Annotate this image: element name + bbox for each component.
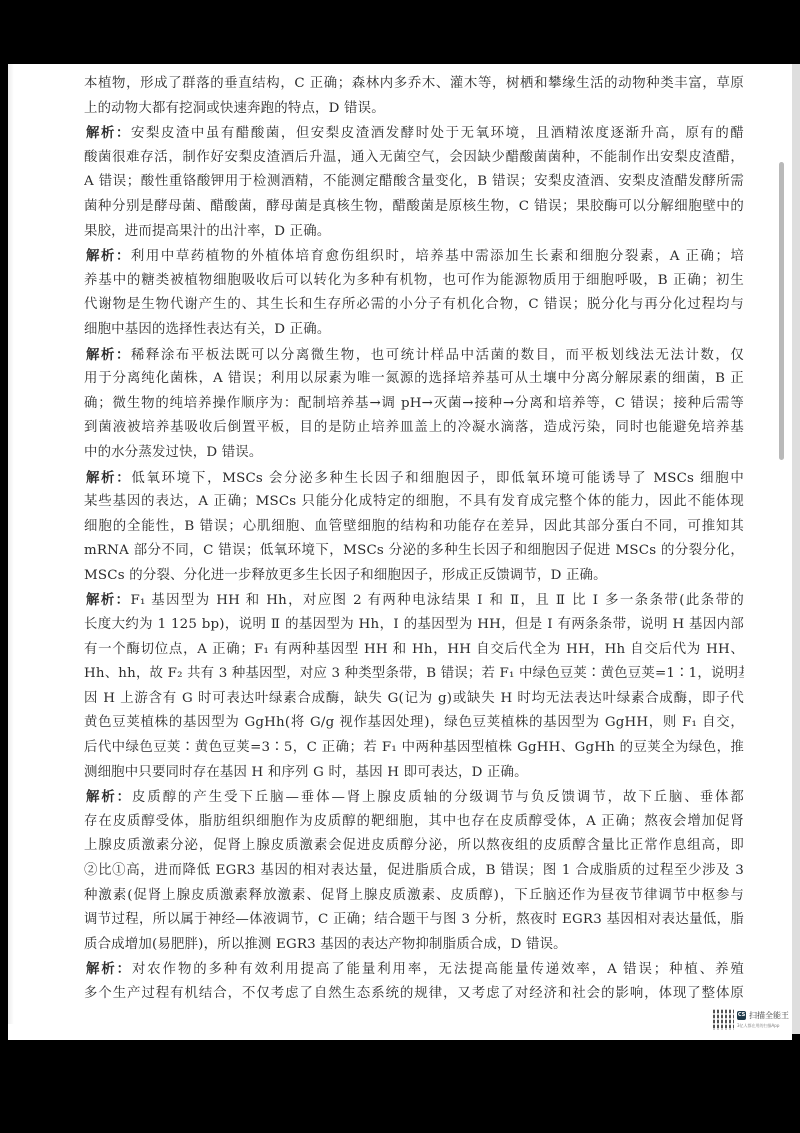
text-line: 多个生产过程有机结合，不仅考虑了自然生态系统的规律，又考虑了对经济和社会的影响，…	[84, 982, 744, 1007]
answer-item-11: 11. D解析：安梨皮渣中虽有醋酸菌，但安梨皮渣酒发酵时处于无氧环境，且酒精浓度…	[84, 121, 744, 244]
text-line: 果胶，进而提高果汁的出汁率，D 正确。	[84, 220, 744, 245]
text-line: 存在皮质醇受体，脂肪组织细胞作为皮质醇的靶细胞，其中也存在皮质醇受体，A 正确；…	[84, 810, 744, 835]
text-line: 16. AC解析：皮质醇的产生受下丘脑—垂体—肾上腺皮质轴的分级调节与负反馈调节…	[84, 785, 744, 810]
text-line: 有一个酶切位点，A 正确；F₁ 有两种基因型 HH 和 Hh，HH 自交后代全为…	[84, 638, 744, 663]
answer-item-14: 14. AD解析：低氧环境下，MSCs 会分泌多种生长因子和细胞因子，即低氧环境…	[84, 466, 744, 589]
text-line: 上的动物大都有挖洞或快速奔跑的特点，D 错误。	[84, 97, 744, 122]
text-line: 质合成增加(易肥胖)，所以推测 EGR3 基因的表达产物抑制脂质合成，D 错误。	[84, 933, 744, 958]
text-line: Hh、hh，故 F₂ 共有 3 种基因型，对应 3 种类型条带，B 错误；若 F…	[84, 662, 744, 687]
text-line: 15. ACD解析：F₁ 基因型为 HH 和 Hh，对应图 2 有两种电泳结果 …	[84, 588, 744, 613]
answer-text: 本植物，形成了群落的垂直结构，C 正确；森林内多乔木、灌木等，树栖和攀缘生活的动…	[84, 72, 744, 1007]
watermark-subtitle: 3亿人都在用的扫描App	[737, 1023, 779, 1029]
text-line: A 错误；酸性重铬酸钾用于检测酒精，不能测定醋酸含量变化，B 错误；安梨皮渣酒、…	[84, 170, 744, 195]
text-line: 长度大约为 1 125 bp)，说明 Ⅱ 的基因型为 Hh，Ⅰ 的基因型为 HH…	[84, 613, 744, 638]
analysis-label: 解析：	[86, 125, 131, 141]
answer-item-16: 16. AC解析：皮质醇的产生受下丘脑—垂体—肾上腺皮质轴的分级调节与负反馈调节…	[84, 785, 744, 957]
text-line: 因 H 上游含有 G 时可表达叶绿素合成酶，缺失 G(记为 g)或缺失 H 时均…	[84, 687, 744, 712]
text-line: ②比①高，进而降低 EGR3 基因的相对表达量，促进脂质合成，B 错误；图 1 …	[84, 859, 744, 884]
text-line: 黄色豆荚植株的基因型为 GgHh(将 G/g 视作基因处理)，绿色豆荚植株的基因…	[84, 711, 744, 736]
text-line: 本植物，形成了群落的垂直结构，C 正确；森林内多乔木、灌木等，树栖和攀缘生活的动…	[84, 72, 744, 97]
text-line: 种激素(促肾上腺皮质激素释放激素、促肾上腺皮质激素、皮质醇)，下丘脑还作为昼夜节…	[84, 884, 744, 909]
analysis-label: 解析：	[86, 248, 131, 264]
answer-item-17: 17. ACD解析：对农作物的多种有效利用提高了能量利用率，无法提高能量传递效率…	[84, 957, 744, 1006]
watermark-app-name: 扫描全能王	[749, 1010, 789, 1021]
camscanner-watermark: CS 扫描全能王 3亿人都在用的扫描App	[713, 1009, 795, 1031]
page-edge-shadow	[8, 64, 14, 1024]
text-line: 某些基因的表达，A 正确；MSCs 只能分化成特定的细胞，不具有发育成完整个体的…	[84, 490, 744, 515]
text-line: 细胞中基因的选择性表达有关，D 正确。	[84, 318, 744, 343]
text-line: 菌种分别是酵母菌、醋酸菌，酵母菌是真核生物，醋酸菌是原核生物，C 错误；果胶酶可…	[84, 195, 744, 220]
analysis-label: 解析：	[86, 470, 131, 486]
qr-code-icon	[713, 1009, 734, 1030]
text-line: 养基中的糖类被植物细胞吸收后可以转化为多种有机物，也可作为能源物质用于细胞呼吸，…	[84, 269, 744, 294]
text-line: 中的水分蒸发过快，D 错误。	[84, 441, 744, 466]
answer-item-15: 15. ACD解析：F₁ 基因型为 HH 和 Hh，对应图 2 有两种电泳结果 …	[84, 588, 744, 785]
text-line: 酸菌很难存活，制作好安梨皮渣酒后升温，通入无菌空气，会因缺少醋酸菌菌种，不能制作…	[84, 146, 744, 171]
scrollbar-thumb[interactable]	[779, 162, 784, 460]
camscanner-logo-icon: CS	[737, 1011, 746, 1020]
text-line: 11. D解析：安梨皮渣中虽有醋酸菌，但安梨皮渣酒发酵时处于无氧环境，且酒精浓度…	[84, 121, 744, 146]
text-line: 到菌液被培养基吸收后倒置平板，目的是防止培养皿盖上的冷凝水滴落，造成污染，同时也…	[84, 416, 744, 441]
scrollbar-track[interactable]	[792, 64, 800, 1034]
text-line: 代谢物是生物代谢产生的、其生长和生存所必需的小分子有机化合物，C 错误；脱分化与…	[84, 293, 744, 318]
text-line: 细胞的全能性，B 错误；心肌细胞、血管壁细胞的结构和功能存在差异，因此其部分蛋白…	[84, 515, 744, 540]
text-line: 确；微生物的纯培养操作顺序为：配制培养基→调 pH→灭菌→接种→分离和培养等，C…	[84, 392, 744, 417]
continuation-paragraph: 本植物，形成了群落的垂直结构，C 正确；森林内多乔木、灌木等，树栖和攀缘生活的动…	[84, 72, 744, 121]
text-line: 测细胞中只要同时存在基因 H 和序列 G 时，基因 H 即可表达，D 正确。	[84, 761, 744, 786]
text-line: 14. AD解析：低氧环境下，MSCs 会分泌多种生长因子和细胞因子，即低氧环境…	[84, 466, 744, 491]
text-line: 13. B解析：稀释涂布平板法既可以分离微生物，也可统计样品中活菌的数目，而平板…	[84, 343, 744, 368]
analysis-label: 解析：	[86, 592, 131, 608]
text-line: 调节过程，所以属于神经—体液调节，C 正确；结合题干与图 3 分析，熬夜时 EG…	[84, 908, 744, 933]
text-line: 12. C解析：利用中草药植物的外植体培育愈伤组织时，培养基中需添加生长素和细胞…	[84, 244, 744, 269]
analysis-label: 解析：	[86, 347, 131, 363]
analysis-label: 解析：	[86, 961, 132, 977]
text-line: MSCs 的分裂、分化进一步释放更多生长因子和细胞因子，形成正反馈调节，D 正确…	[84, 564, 744, 589]
text-line: 用于分离纯化菌株，A 错误；利用以尿素为唯一氮源的选择培养基可从土壤中分离分解尿…	[84, 367, 744, 392]
text-line: 上腺皮质激素分泌，促肾上腺皮质激素会促进皮质醇分泌，所以熬夜组的皮质醇含量比正常…	[84, 834, 744, 859]
text-line: 后代中绿色豆荚∶黄色豆荚=3∶5，C 正确；若 F₁ 中两种基因型植株 GgHH…	[84, 736, 744, 761]
text-line: 17. ACD解析：对农作物的多种有效利用提高了能量利用率，无法提高能量传递效率…	[84, 957, 744, 982]
answer-item-12: 12. C解析：利用中草药植物的外植体培育愈伤组织时，培养基中需添加生长素和细胞…	[84, 244, 744, 342]
answer-item-13: 13. B解析：稀释涂布平板法既可以分离微生物，也可统计样品中活菌的数目，而平板…	[84, 343, 744, 466]
text-line: mRNA 部分不同，C 错误；低氧环境下，MSCs 分泌的多种生长因子和细胞因子…	[84, 539, 744, 564]
analysis-label: 解析：	[86, 789, 132, 805]
